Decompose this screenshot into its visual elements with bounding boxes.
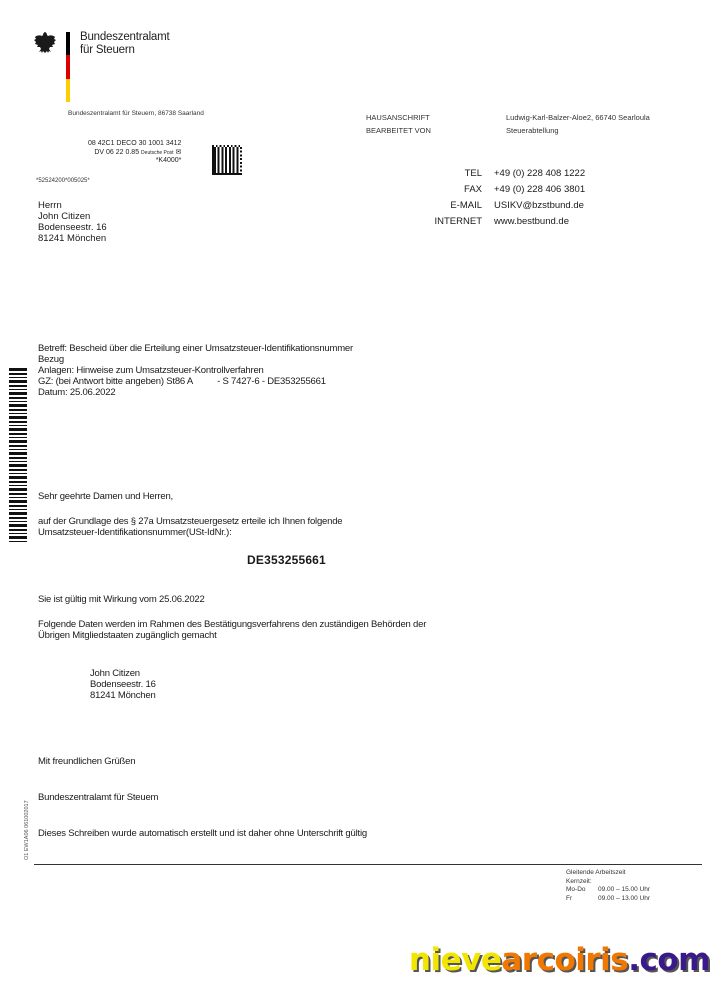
info-row-hausanschrift: HAUSANSCHRIFTLudwig-Karl-Balzer-Aloe2, 6… (366, 111, 650, 124)
subject-gz: GZ: (bei Antwort bitte angeben) St86 A- … (38, 376, 353, 387)
franking-line2: DV 06 22 0.85 (94, 149, 139, 156)
subject-datum: Datum: 25.06.2022 (38, 387, 353, 398)
registered-address: John Citizen Bodenseestr. 16 81241 Mönch… (90, 668, 156, 701)
contact-email: E-MAILUSIKV@bzstbund.de (420, 198, 585, 214)
org-name-line1: Bundeszentralamt (80, 31, 170, 44)
office-hours: Gleitende Arbeitszeit Kernzeit: Mo-Do09.… (566, 869, 650, 903)
info-row-bearbeitet: BEARBEITET VONSteuerabtellung (366, 124, 650, 137)
postage-franking: 08 42C1 DECO 30 1001 3412 DV 06 22 0.85 … (88, 140, 181, 166)
sender-return-address: Bundeszentralamt für Steuern, 86738 Saar… (68, 110, 204, 117)
paragraph-data-sharing: Folgende Daten werden im Rahmen des Best… (38, 619, 426, 641)
barcode-icon (9, 368, 27, 542)
recipient-city: 81241 Mönchen (38, 233, 107, 244)
org-name-line2: für Steuern (80, 44, 170, 57)
automatic-notice: Dieses Schreiben wurde automatisch erste… (38, 828, 367, 839)
office-info: HAUSANSCHRIFTLudwig-Karl-Balzer-Aloe2, 6… (366, 111, 650, 137)
subject-betreff: Betreff: Bescheid über die Erteilung ein… (38, 343, 353, 354)
letter-salutation: Sehr geehrte Damen und Herren, (38, 491, 173, 502)
recipient-name: John Citizen (38, 211, 107, 222)
contact-info: TEL+49 (0) 228 408 1222 FAX+49 (0) 228 4… (420, 166, 585, 230)
recipient-street: Bodenseestr. 16 (38, 222, 107, 233)
side-form-code: O1 EW1A06 061002017 (2, 780, 38, 860)
franking-line3: *K4000* (88, 157, 181, 166)
datamatrix-code-icon (212, 144, 242, 176)
closing-phrase: Mit freundlichen Grüßen (38, 756, 135, 767)
signer-name: Bundeszentralamt für Steuem (38, 792, 158, 803)
recipient-address: Herrn John Citizen Bodenseestr. 16 81241… (38, 200, 107, 244)
subject-block: Betreff: Bescheid über die Erteilung ein… (38, 343, 353, 398)
subject-bezug: Bezug (38, 354, 353, 365)
franking-line1: 08 42C1 DECO 30 1001 3412 (88, 140, 181, 149)
deutsche-post-label: Deutsche Post (141, 150, 174, 156)
validity-statement: Sie ist gültig mit Wirkung vom 25.06.202… (38, 594, 205, 605)
contact-tel: TEL+49 (0) 228 408 1222 (420, 166, 585, 182)
footer-divider (34, 864, 702, 865)
german-flag-bar (66, 32, 70, 102)
posthorn-icon: ✉ (176, 149, 182, 156)
contact-internet: INTERNETwww.bestbund.de (420, 214, 585, 230)
paragraph-grant: auf der Grundlage des § 27a Umsatzsteuer… (38, 516, 342, 538)
watermark-logo: nievearcoiris.com (409, 942, 710, 978)
vat-id-number: DE353255661 (247, 553, 326, 567)
federal-eagle-icon (33, 30, 59, 60)
organization-name: Bundeszentralamt für Steuern (80, 31, 170, 57)
contact-fax: FAX+49 (0) 228 406 3801 (420, 182, 585, 198)
subject-anlagen: Anlagen: Hinweise zum Umsatzsteuer-Kontr… (38, 365, 353, 376)
tracking-number: *52524200*005025* (36, 178, 90, 184)
recipient-salutation: Herrn (38, 200, 107, 211)
